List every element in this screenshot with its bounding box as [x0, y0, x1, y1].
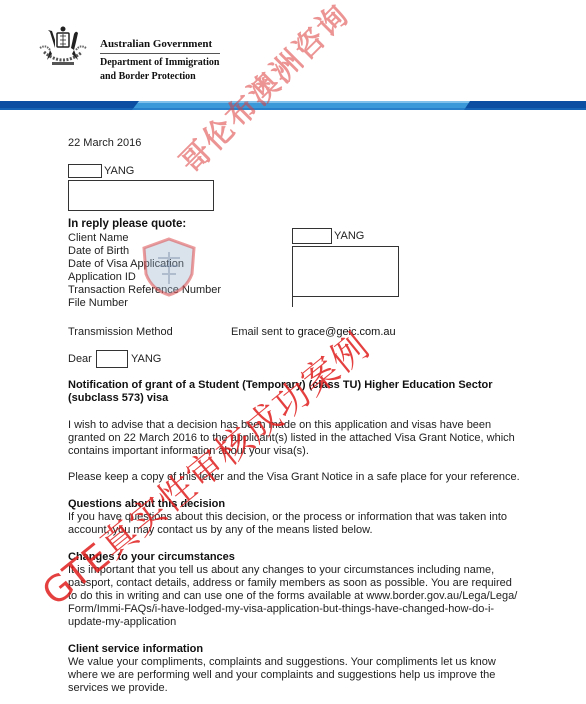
- client-service-line-2: where we are performing well and your co…: [68, 669, 495, 682]
- changes-heading: Changes to your circumstances: [68, 551, 235, 564]
- quote-field-transaction-reference: Transaction Reference Number: [68, 284, 221, 297]
- client-service-line-3: services we provide.: [68, 682, 168, 695]
- coat-of-arms-icon: [36, 24, 90, 70]
- para1-line-2: granted on 22 March 2016 to the applican…: [68, 432, 515, 445]
- salutation: Dear: [68, 353, 92, 366]
- changes-line-3: to do this in writing and can use one of…: [68, 590, 517, 603]
- para1-line-1: I wish to advise that a decision has bee…: [68, 419, 491, 432]
- questions-line-1: If you have questions about this decisio…: [68, 511, 507, 524]
- questions-heading: Questions about this decision: [68, 498, 225, 511]
- client-service-heading: Client service information: [68, 643, 203, 656]
- changes-line-1: It is important that you tell us about a…: [68, 564, 494, 577]
- transmission-label: Transmission Method: [68, 326, 173, 339]
- client-service-line-1: We value your compliments, complaints an…: [68, 656, 496, 669]
- government-name: Australian Government: [100, 38, 220, 54]
- redacted-address: [68, 180, 214, 211]
- recipient-surname: YANG: [104, 165, 134, 178]
- transmission-prefix: Email sent to: [231, 326, 298, 338]
- quote-field-date-of-birth: Date of Birth: [68, 245, 129, 258]
- quote-field-application-id: Application ID: [68, 271, 136, 284]
- redaction-edge: [292, 297, 293, 307]
- para1-line-3: contains important information about you…: [68, 445, 309, 458]
- reply-heading: In reply please quote:: [68, 218, 186, 231]
- salutation-surname: YANG: [131, 353, 161, 366]
- department-name-line2: and Border Protection: [100, 71, 220, 82]
- government-identity: Australian Government Department of Immi…: [100, 38, 220, 82]
- redacted-quote-values: [292, 246, 399, 297]
- quote-field-file-number: File Number: [68, 297, 128, 310]
- changes-line-5: update-my-application: [68, 616, 176, 629]
- changes-line-2: passport, contact details, address or fa…: [68, 577, 512, 590]
- redacted-salutation-name: [96, 350, 128, 368]
- questions-line-2: account, you may contact us by any of th…: [68, 524, 373, 537]
- transmission-email: grace@geic.com.au: [298, 326, 396, 338]
- subject-line-2: (subclass 573) visa: [68, 392, 168, 405]
- quote-field-client-name: Client Name: [68, 232, 129, 245]
- letterhead: Australian Government Department of Immi…: [0, 0, 586, 110]
- redacted-client-given-name: [292, 228, 332, 244]
- letter-date: 22 March 2016: [68, 137, 141, 150]
- para2: Please keep a copy of this letter and th…: [68, 471, 520, 484]
- department-name-line1: Department of Immigration: [100, 57, 220, 68]
- redacted-given-name: [68, 164, 102, 178]
- quote-field-date-of-visa-application: Date of Visa Application: [68, 258, 184, 271]
- transmission-value: Email sent to grace@geic.com.au: [231, 326, 396, 339]
- subject-line-1: Notification of grant of a Student (Temp…: [68, 379, 493, 392]
- changes-line-4: Form/Immi-FAQs/i-have-lodged-my-visa-app…: [68, 603, 494, 616]
- client-surname: YANG: [334, 230, 364, 243]
- header-color-band: [0, 101, 586, 110]
